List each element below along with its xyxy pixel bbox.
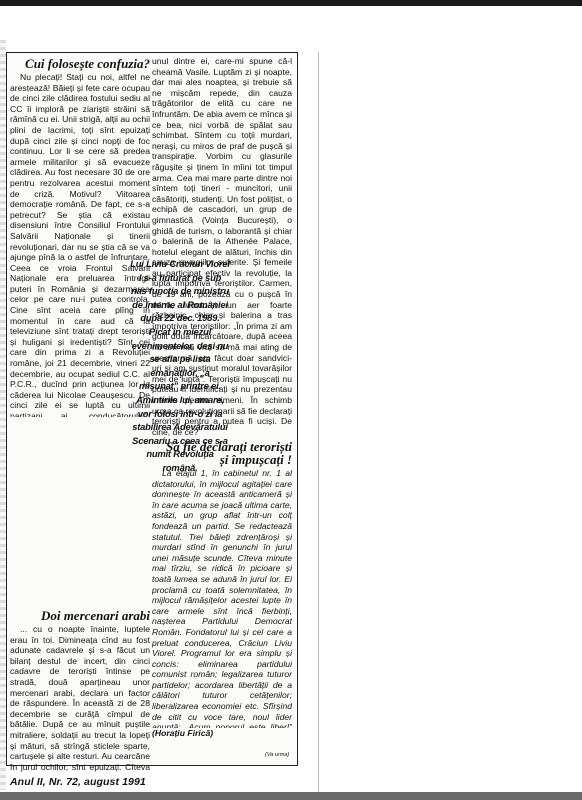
author-signature: (Horațiu Firică) bbox=[152, 728, 213, 738]
heading-line: și împușcați ! bbox=[220, 452, 292, 467]
article-paragraph: ... cu o noapte înainte, luptele erau în… bbox=[10, 624, 150, 774]
section-heading-confusion: Cui folosește confuzia? bbox=[10, 57, 150, 70]
sidebar-quote: Lui Liviu Crăciun Viorel I s-a fluturat … bbox=[130, 257, 230, 475]
scan-right-line bbox=[318, 52, 319, 797]
scan-bottom-border bbox=[0, 792, 582, 800]
continued-note: (Va urma) bbox=[265, 752, 289, 758]
article-paragraph: La etajul 1, în cabinetul nr. 1 al dicta… bbox=[152, 468, 292, 728]
article-paragraph: Nu plecați! Stați cu noi, altfel ne ares… bbox=[10, 72, 150, 417]
section-heading-mercenaries: Doi mercenari arabi bbox=[10, 609, 150, 622]
article-column-left: Cui folosește confuzia? Nu plecați! Staț… bbox=[10, 56, 150, 417]
scan-top-border bbox=[0, 0, 582, 6]
issue-footer: Anul II, Nr. 72, august 1991 bbox=[10, 776, 146, 788]
article-column-left-bottom: Doi mercenari arabi ... cu o noapte înai… bbox=[10, 608, 150, 774]
